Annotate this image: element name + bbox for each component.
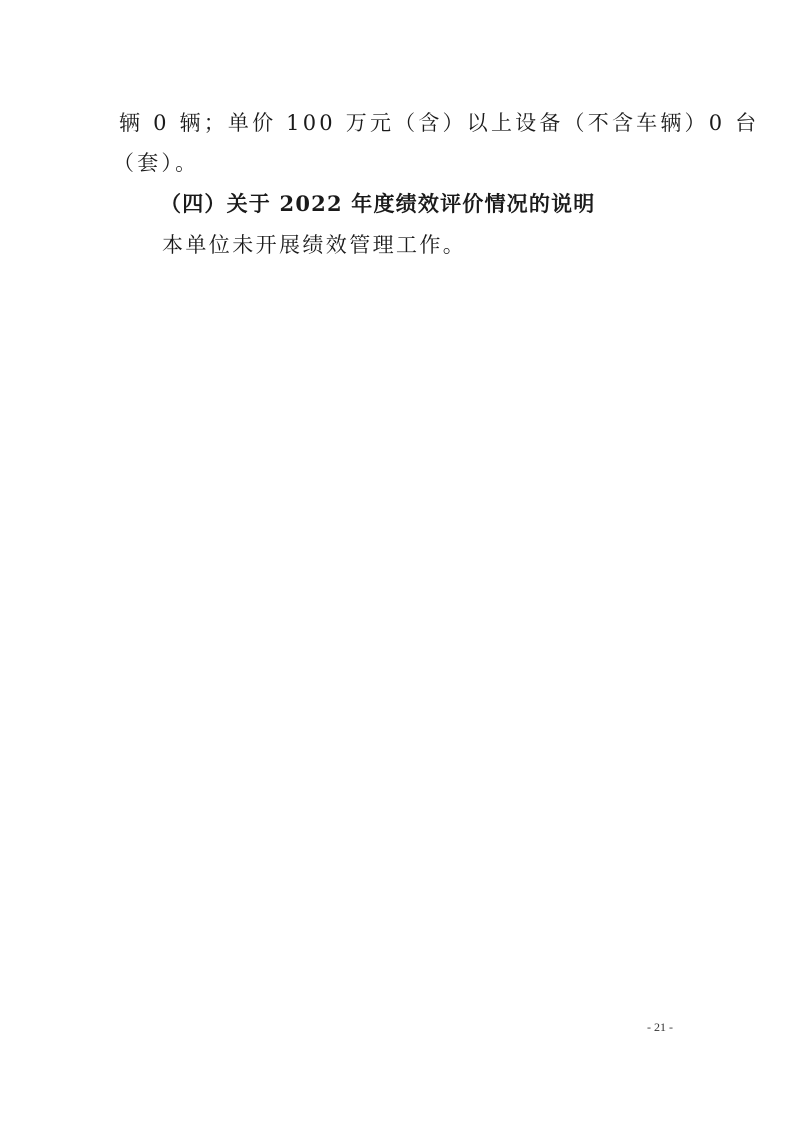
page-number: - 21 -	[647, 1020, 673, 1035]
section-heading: （四）关于 2022 年度绩效评价情况的说明	[160, 188, 595, 218]
paragraph-line: （套）。	[113, 147, 199, 177]
section-body: 本单位未开展绩效管理工作。	[162, 229, 466, 259]
paragraph-line: 辆 0 辆；单价 100 万元（含）以上设备（不含车辆）0 台	[119, 107, 759, 137]
